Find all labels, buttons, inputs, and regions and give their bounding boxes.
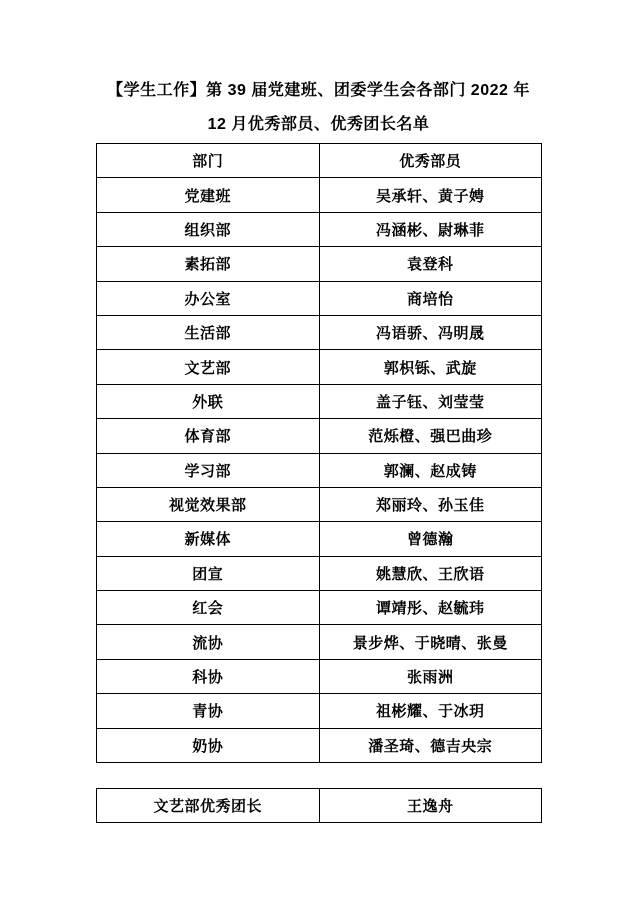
- table-cell: 盖子钰、刘莹莹: [319, 384, 542, 418]
- table-row: 新媒体曾德瀚: [97, 522, 542, 556]
- table-cell: 文艺部优秀团长: [97, 789, 320, 823]
- table-cell: 曾德瀚: [319, 522, 542, 556]
- table-row: 外联盖子钰、刘莹莹: [97, 384, 542, 418]
- table-cell: 素拓部: [97, 247, 320, 281]
- table-cell: 办公室: [97, 281, 320, 315]
- table-cell: 潘圣琦、德吉央宗: [319, 728, 542, 762]
- table-cell: 团宣: [97, 556, 320, 590]
- table-cell: 组织部: [97, 212, 320, 246]
- table-cell: 学习部: [97, 453, 320, 487]
- outstanding-members-table: 部门 优秀部员 党建班吴承轩、黄子娉组织部冯涵彬、尉琳菲素拓部袁登科办公室商培怡…: [96, 143, 542, 763]
- table-row: 组织部冯涵彬、尉琳菲: [97, 212, 542, 246]
- table-cell: 张雨洲: [319, 659, 542, 693]
- table-row: 科协张雨洲: [97, 659, 542, 693]
- title-line-1: 【学生工作】第 39 届党建班、团委学生会各部门 2022 年: [0, 74, 637, 108]
- table-row: 学习部郭澜、赵成铸: [97, 453, 542, 487]
- table-row: 视觉效果部郑丽玲、孙玉佳: [97, 487, 542, 521]
- table-cell: 袁登科: [319, 247, 542, 281]
- table-header-row: 部门 优秀部员: [97, 144, 542, 178]
- table-row: 素拓部袁登科: [97, 247, 542, 281]
- table-cell: 冯涵彬、尉琳菲: [319, 212, 542, 246]
- table-cell: 科协: [97, 659, 320, 693]
- title-line-2: 12 月优秀部员、优秀团长名单: [0, 108, 637, 142]
- table-cell: 姚慧欣、王欣语: [319, 556, 542, 590]
- table-row: 流协景步烨、于晓晴、张曼: [97, 625, 542, 659]
- header-cell-department: 部门: [97, 144, 320, 178]
- table-row: 文艺部郭枳铄、武旋: [97, 350, 542, 384]
- table-cell: 冯语骄、冯明晟: [319, 315, 542, 349]
- table-body: 文艺部优秀团长王逸舟: [97, 789, 542, 823]
- table-cell: 郭枳铄、武旋: [319, 350, 542, 384]
- table-cell: 王逸舟: [319, 789, 542, 823]
- header-cell-outstanding-members: 优秀部员: [319, 144, 542, 178]
- table-cell: 范烁橙、强巴曲珍: [319, 419, 542, 453]
- table-cell: 体育部: [97, 419, 320, 453]
- table-row: 奶协潘圣琦、德吉央宗: [97, 728, 542, 762]
- table-row: 体育部范烁橙、强巴曲珍: [97, 419, 542, 453]
- table-row: 青协祖彬耀、于冰玥: [97, 694, 542, 728]
- table-cell: 商培怡: [319, 281, 542, 315]
- table-cell: 祖彬耀、于冰玥: [319, 694, 542, 728]
- table-cell: 外联: [97, 384, 320, 418]
- document-title: 【学生工作】第 39 届党建班、团委学生会各部门 2022 年 12 月优秀部员…: [0, 74, 637, 142]
- table-cell: 景步烨、于晓晴、张曼: [319, 625, 542, 659]
- table-cell: 红会: [97, 591, 320, 625]
- table-cell: 郭澜、赵成铸: [319, 453, 542, 487]
- table-cell: 视觉效果部: [97, 487, 320, 521]
- table-cell: 郑丽玲、孙玉佳: [319, 487, 542, 521]
- table-cell: 文艺部: [97, 350, 320, 384]
- document-page: 【学生工作】第 39 届党建班、团委学生会各部门 2022 年 12 月优秀部员…: [0, 0, 637, 899]
- outstanding-leader-table: 文艺部优秀团长王逸舟: [96, 788, 542, 823]
- table-row: 党建班吴承轩、黄子娉: [97, 178, 542, 212]
- table-body: 党建班吴承轩、黄子娉组织部冯涵彬、尉琳菲素拓部袁登科办公室商培怡生活部冯语骄、冯…: [97, 178, 542, 763]
- table-cell: 青协: [97, 694, 320, 728]
- table-cell: 党建班: [97, 178, 320, 212]
- table-row: 办公室商培怡: [97, 281, 542, 315]
- table-row: 文艺部优秀团长王逸舟: [97, 789, 542, 823]
- table-cell: 生活部: [97, 315, 320, 349]
- table-row: 生活部冯语骄、冯明晟: [97, 315, 542, 349]
- table-cell: 谭靖彤、赵毓玮: [319, 591, 542, 625]
- table-cell: 奶协: [97, 728, 320, 762]
- table-cell: 流协: [97, 625, 320, 659]
- table-row: 团宣姚慧欣、王欣语: [97, 556, 542, 590]
- table-cell: 新媒体: [97, 522, 320, 556]
- table-cell: 吴承轩、黄子娉: [319, 178, 542, 212]
- table-row: 红会谭靖彤、赵毓玮: [97, 591, 542, 625]
